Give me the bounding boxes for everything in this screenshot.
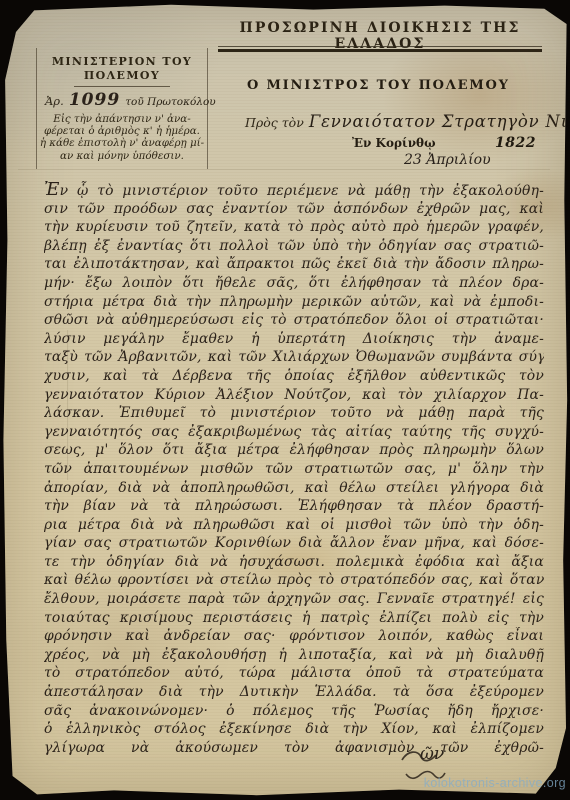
handwritten-line: τὴν κυρίευσιν τοῦ ζητεῖν, κατὰ τὸ πρὸς α… — [44, 218, 544, 237]
protocol-note-line: φέρεται ὁ ἀριθμὸς κ' ἡ ἡμέρα. — [37, 125, 207, 137]
handwritten-line: τὸ στρατόπεδον αὐτό, τώρα μάλιστα ὁποῦ τ… — [44, 664, 544, 683]
place-line: Ἐν Κορίνθῳ — [352, 136, 436, 150]
address-line: Πρὸς τὸν Γενναιότατον Στρατηγὸν Νικήταν. — [245, 112, 570, 131]
paper: ΠΡΟΣΩΡΙΝΗ ΔΙΟΙΚΗΣΙΣ ΤΗΣ ΕΛΛΑΔΟΣ ΜΙΝΙΣΤΕΡ… — [0, 0, 570, 800]
address-prefix: Πρὸς τὸν — [245, 115, 304, 130]
date-day: 23 Ἀπριλίου — [404, 152, 491, 168]
handwritten-line: σεως, μ' ὅλον ὅτι ἄξια μέτρα ἐλήφθησαν π… — [44, 441, 544, 460]
handwritten-line: τε τὴν ὁδηγίαν διὰ νὰ ἡσυχάσωσι. πολεμικ… — [44, 553, 544, 572]
handwritten-line: στήρια μέτρα διὰ τὴν πληρωμὴν μερικῶν αὐ… — [44, 293, 544, 312]
handwritten-line: ἔλθουν, μοιράσετε παρὰ τῶν ἀρχηγῶν σας. … — [44, 590, 544, 609]
handwritten-line: σθῶσι νὰ αὐθημερεύσωσι εἰς τὸ στρατόπεδο… — [44, 311, 544, 330]
handwritten-line: γίαν σας στρατιωτῶν Κορινθίων διὰ ἄλλον … — [44, 534, 544, 553]
handwritten-line: τοιαύτας κρισίμους περιστάσεις ἡ πατρὶς … — [44, 609, 544, 628]
handwritten-line: λάσκαν. Ἐπιθυμεῖ τὸ μινιστέριον τοῦτο νὰ… — [44, 404, 544, 423]
handwritten-line: ται ἐλιποτάκτησαν, καὶ ἄπρακτοι πῶς ἐκεῖ… — [44, 255, 544, 274]
protocol-note-line: ἡ κάθε ἐπιστολὴ ν' ἀναφέρῃ μί- — [37, 137, 207, 149]
protocol-box-rule — [74, 86, 170, 87]
protocol-number-label: Ἀρ. — [45, 94, 64, 108]
handwritten-line: τὴν βίαν νὰ τὰ πληρώσωσι. Ἐλήφθησαν τὰ π… — [44, 497, 544, 516]
handwritten-line: γλίγωρα νὰ ἀκούσωμεν τὸν ἀφανισμὸν τῶν ἐ… — [44, 739, 544, 758]
protocol-note: Εἰς τὴν ἀπάντησιν ν' ἀνα-φέρεται ὁ ἀριθμ… — [37, 113, 207, 162]
ministry-name-line2: ΠΟΛΕΜΟΥ — [37, 69, 207, 83]
handwritten-line: μήν· ἔξω λοιπὸν ὅτι ἤθελε σᾶς, ὅτι ἐλήφθ… — [44, 274, 544, 293]
handwritten-line: σᾶς ἀνακοινώνομεν· ὁ πόλεμος τῆς Ῥωσίας … — [44, 702, 544, 721]
fold-crease-horizontal — [18, 169, 550, 171]
protocol-register-label: τοῦ Πρωτοκόλου — [125, 96, 215, 108]
handwritten-line: λύσιν μεγάλην ἔμαθεν ἡ ὑπερτάτη Διοίκησι… — [44, 330, 544, 349]
protocol-box: ΜΙΝΙΣΤΕΡΙΟΝ ΤΟΥ ΠΟΛΕΜΟΥ Ἀρ. 1099 τοῦ Πρω… — [36, 48, 208, 169]
minister-heading: Ο ΜΙΝΙΣΤΡΟΣ ΤΟΥ ΠΟΛΕΜΟΥ — [247, 78, 510, 93]
handwritten-line: χυσιν, καὶ τὰ Δέρβενα τῆς ὁποίας ἐξῆλθον… — [44, 367, 544, 386]
handwritten-line: Ἐν ᾧ τὸ μινιστέριον τοῦτο περιέμενε νὰ μ… — [44, 181, 544, 200]
handwritten-line: σιν τῶν προόδων σας ἐναντίον τῶν ἀσπόνδω… — [44, 200, 544, 219]
scan-background: ΠΡΟΣΩΡΙΝΗ ΔΙΟΙΚΗΣΙΣ ΤΗΣ ΕΛΛΑΔΟΣ ΜΙΝΙΣΤΕΡ… — [0, 0, 570, 800]
handwritten-line: τῶν ἀπαιτουμένων μισθῶν τῶν στρατιωτῶν σ… — [44, 460, 544, 479]
protocol-number-line: Ἀρ. 1099 τοῦ Πρωτοκόλου — [37, 90, 207, 110]
protocol-note-line: αν καὶ μόνην ὑπόθεσιν. — [37, 150, 207, 162]
handwritten-line: ρια μέτρα διὰ νὰ πληρωθῶσι καὶ οἱ μισθοὶ… — [44, 516, 544, 535]
masthead-rule — [218, 46, 542, 52]
protocol-note-line: Εἰς τὴν ἀπάντησιν ν' ἀνα- — [37, 113, 207, 125]
handwritten-line: ὁ ἑλληνικὸς στόλος ἐξεκίνησε διὰ τὴν Χίο… — [44, 720, 544, 739]
handwritten-line: καὶ θέλω φροντίσει νὰ στείλω πρὸς τὸ στρ… — [44, 571, 544, 590]
address-recipient: Γενναιότατον Στρατηγὸν Νικήταν. — [309, 112, 570, 131]
letter-body: Ἐν ᾧ τὸ μινιστέριον τοῦτο περιέμενε νὰ μ… — [44, 181, 544, 757]
handwritten-line: ἀπεστάλησαν διὰ τὴν Δυτικὴν Ἑλλάδα. τὰ ὅ… — [44, 683, 544, 702]
watermark: kolokotronis-archive.org — [424, 776, 566, 790]
handwritten-line: γενναιότατον Κύριον Ἀλέξιον Νούτζον, καὶ… — [44, 386, 544, 405]
handwritten-line: φρόνησιν καὶ ἀνδρείαν σας· φρόντισον λοι… — [44, 627, 544, 646]
handwritten-line: ἀπορίαν, διὰ νὰ ἀποπληρωθῶσι, καὶ θέλω σ… — [44, 479, 544, 498]
handwritten-line: ταξὺ τῶν Ἀρβανιτῶν, καὶ τῶν Χιλιάρχων Ὀθ… — [44, 348, 544, 367]
handwritten-line: γενναιότητός σας ἐξακριβωμένως τὰς αἰτία… — [44, 423, 544, 442]
ministry-name-line1: ΜΙΝΙΣΤΕΡΙΟΝ ΤΟΥ — [37, 55, 207, 69]
protocol-number: 1099 — [69, 90, 120, 110]
handwritten-line: χρέος, νὰ μὴ ἐξακολουθήσῃ ἡ λιποταξία, κ… — [44, 646, 544, 665]
date-year: 1822 — [495, 135, 536, 151]
handwritten-line: βλέπῃ ἐξ ἐναντίας ὅτι πολλοὶ τῶν ὑπὸ τὴν… — [44, 237, 544, 256]
